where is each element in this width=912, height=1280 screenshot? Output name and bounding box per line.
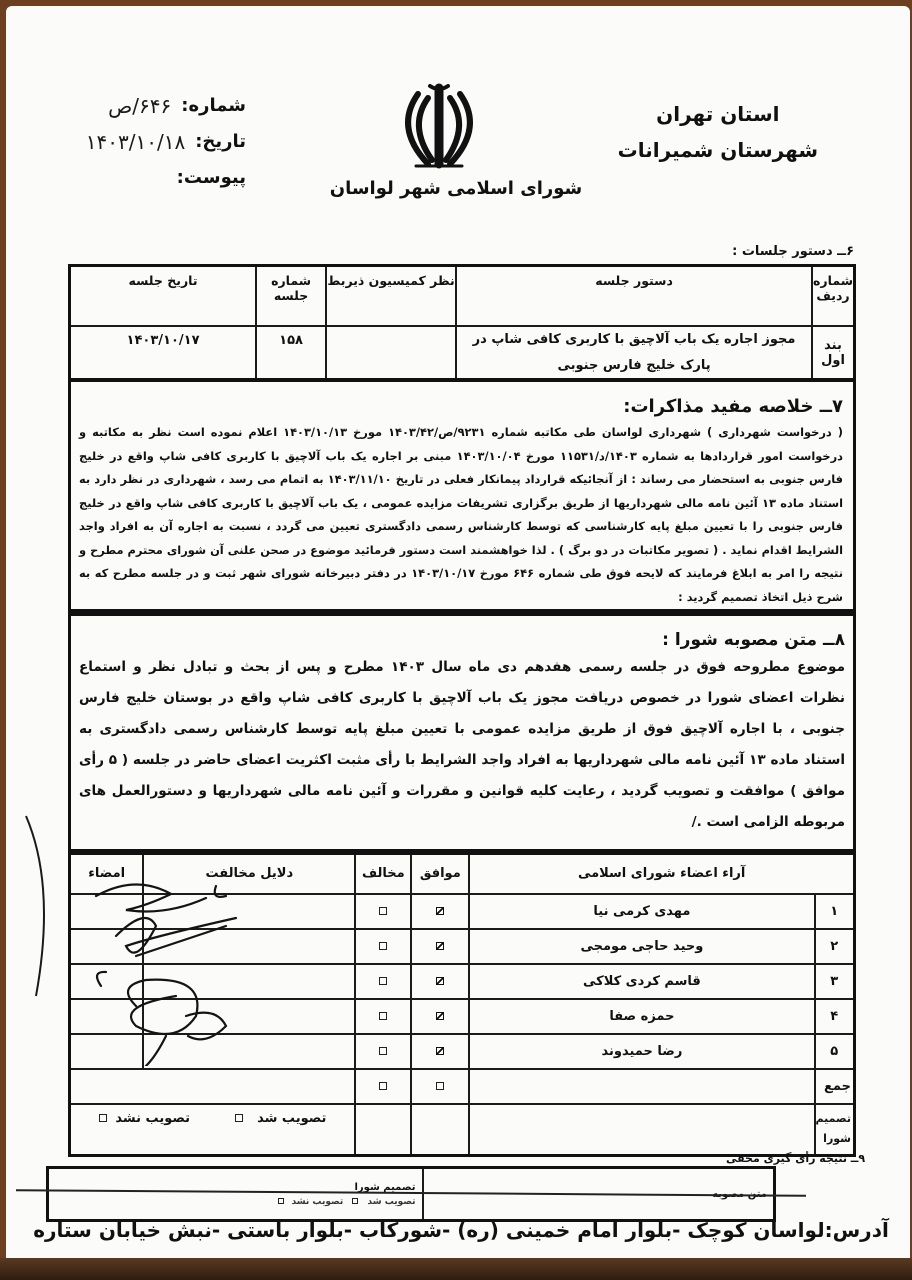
- checkbox-empty-icon[interactable]: [352, 1198, 358, 1204]
- attachment-row: پیوست:: [36, 160, 246, 196]
- letter-meta: شماره: ۶۴۶/ص تاریخ: ۱۴۰۳/۱۰/۱۸ پیوست:: [36, 88, 246, 196]
- col-session-date: تاریخ جلسه: [70, 266, 257, 326]
- letter-date-row: تاریخ: ۱۴۰۳/۱۰/۱۸: [36, 124, 246, 160]
- disagree-checkbox[interactable]: [355, 929, 411, 964]
- total-row: جمع: [70, 1069, 855, 1104]
- disagree-checkbox[interactable]: [355, 999, 411, 1034]
- col-members: آراء اعضاء شورای اسلامی: [469, 854, 854, 894]
- approved-label: تصویب شد: [257, 1111, 326, 1126]
- col-disagree: مخالف: [355, 854, 411, 894]
- agenda-header-row: شماره ردیف دستور جلسه نظر کمیسیون ذیربط …: [70, 266, 855, 326]
- agenda-text: مجوز اجاره یک باب آلاچیق با کاربری کافی …: [456, 326, 812, 381]
- member-no: ۵: [815, 1034, 855, 1069]
- agree-checkbox[interactable]: [411, 894, 469, 929]
- total-blank-wide: [70, 1069, 356, 1104]
- checkbox-empty-icon: [379, 1082, 387, 1090]
- total-label: جمع: [815, 1069, 855, 1104]
- checkbox-empty-icon: [379, 1012, 387, 1020]
- row-no: بند اول: [812, 326, 854, 381]
- total-agree-checkbox[interactable]: [411, 1069, 469, 1104]
- decision-blank: [411, 1104, 469, 1156]
- member-name: مهدی کرمی نیا: [469, 894, 814, 929]
- rejected-label: تصویب نشد: [115, 1111, 190, 1126]
- member-name: رضا حمیدوند: [469, 1034, 814, 1069]
- checkbox-empty-icon: [379, 977, 387, 985]
- member-name: قاسم کردی کلاکی: [469, 964, 814, 999]
- date-label: تاریخ:: [195, 124, 246, 160]
- secret-approved-label: تصویب شد: [368, 1197, 416, 1207]
- checkbox-checked-icon: [436, 1012, 444, 1020]
- section7-body: ( درخواست شهرداری ) شهرداری لواسان طی مک…: [79, 421, 843, 609]
- rejected-option[interactable]: تصویب نشد: [99, 1111, 190, 1126]
- col-session-no: شماره جلسه: [256, 266, 326, 326]
- section9-title: ۹ــ نتیجه رأی گیری مخفی: [726, 1152, 865, 1165]
- approved-option[interactable]: تصویب شد: [230, 1111, 326, 1126]
- secret-decision-cell: تصمیم شورا تصویب شد تصویب نشد: [48, 1168, 423, 1221]
- table-row: بند اول مجوز اجاره یک باب آلاچیق با کارب…: [70, 326, 855, 381]
- col-commission: نظر کمیسیون ذیربط: [326, 266, 456, 326]
- secret-rejected-label: تصویب نشد: [292, 1197, 344, 1207]
- session-no: ۱۵۸: [256, 326, 326, 381]
- letter-number-row: شماره: ۶۴۶/ص: [36, 88, 246, 124]
- agree-checkbox[interactable]: [411, 964, 469, 999]
- section6-title: ۶ــ دستور جلسات :: [732, 244, 854, 259]
- col-agree: موافق: [411, 854, 469, 894]
- disagree-checkbox[interactable]: [355, 894, 411, 929]
- document-page: استان تهران شهرستان شمیرانات شورای اسلام…: [6, 6, 910, 1280]
- checkbox-empty-icon: [436, 1082, 444, 1090]
- checkbox-checked-icon: [436, 1047, 444, 1055]
- secret-decision-options: تصویب شد تصویب نشد: [55, 1197, 416, 1207]
- county-label: شهرستان شمیرانات: [618, 132, 818, 168]
- checkbox-empty-icon: [379, 1047, 387, 1055]
- council-title: شورای اسلامی شهر لواسان: [306, 178, 606, 199]
- agenda-table: شماره ردیف دستور جلسه نظر کمیسیون ذیربط …: [68, 264, 856, 382]
- total-blank: [469, 1069, 814, 1104]
- decision-blank: [469, 1104, 814, 1156]
- checkbox-empty-icon: [99, 1114, 107, 1122]
- col-agenda: دستور جلسه: [456, 266, 812, 326]
- checkbox-empty-icon: [379, 942, 387, 950]
- handwritten-signatures: [76, 876, 246, 1066]
- number-value: ۶۴۶/ص: [108, 88, 171, 124]
- checkbox-empty-icon: [235, 1114, 243, 1122]
- section8-title: ۸ــ متن مصوبه شورا :: [79, 630, 845, 650]
- member-name: وحید حاجی مومجی: [469, 929, 814, 964]
- disagree-checkbox[interactable]: [355, 1034, 411, 1069]
- header-province-block: استان تهران شهرستان شمیرانات: [618, 96, 818, 168]
- decision-options: تصویب شد تصویب نشد: [70, 1104, 356, 1156]
- total-disagree-checkbox[interactable]: [355, 1069, 411, 1104]
- decision-blank: [355, 1104, 411, 1156]
- section8-body: موضوع مطروحه فوق در جلسه رسمی هفدهم دی م…: [79, 652, 845, 838]
- margin-pen-stroke: [16, 806, 56, 1006]
- member-no: ۲: [815, 929, 855, 964]
- iran-emblem-icon: [394, 76, 484, 176]
- checkbox-checked-icon: [436, 977, 444, 985]
- checkbox-empty-icon: [379, 907, 387, 915]
- member-no: ۱: [815, 894, 855, 929]
- checkbox-checked-icon: [436, 907, 444, 915]
- col-row-no: شماره ردیف: [812, 266, 854, 326]
- date-value: ۱۴۰۳/۱۰/۱۸: [86, 124, 185, 160]
- member-no: ۳: [815, 964, 855, 999]
- member-name: حمزه صفا: [469, 999, 814, 1034]
- negotiation-summary-box: ۷ــ خلاصه مفید مذاکرات: ( درخواست شهردار…: [68, 378, 856, 612]
- member-no: ۴: [815, 999, 855, 1034]
- province-label: استان تهران: [618, 96, 818, 132]
- resolution-box: ۸ــ متن مصوبه شورا : موضوع مطروحه فوق در…: [68, 612, 856, 852]
- session-date: ۱۴۰۳/۱۰/۱۷: [70, 326, 257, 381]
- number-label: شماره:: [181, 88, 246, 124]
- scan-edge: [0, 1258, 912, 1280]
- section7-title: ۷ــ خلاصه مفید مذاکرات:: [79, 396, 843, 417]
- agree-checkbox[interactable]: [411, 999, 469, 1034]
- decision-row: تصمیم شورا تصویب شد تصویب نشد: [70, 1104, 855, 1156]
- checkbox-checked-icon: [436, 942, 444, 950]
- address-footer: آدرس:لواسان کوچک -بلوار امام خمینی (ره) …: [16, 1218, 906, 1242]
- decision-label: تصمیم شورا: [815, 1104, 855, 1156]
- checkbox-empty-icon[interactable]: [278, 1198, 284, 1204]
- attachment-label: پیوست:: [177, 160, 246, 196]
- commission-opinion: [326, 326, 456, 381]
- agree-checkbox[interactable]: [411, 929, 469, 964]
- disagree-checkbox[interactable]: [355, 964, 411, 999]
- agree-checkbox[interactable]: [411, 1034, 469, 1069]
